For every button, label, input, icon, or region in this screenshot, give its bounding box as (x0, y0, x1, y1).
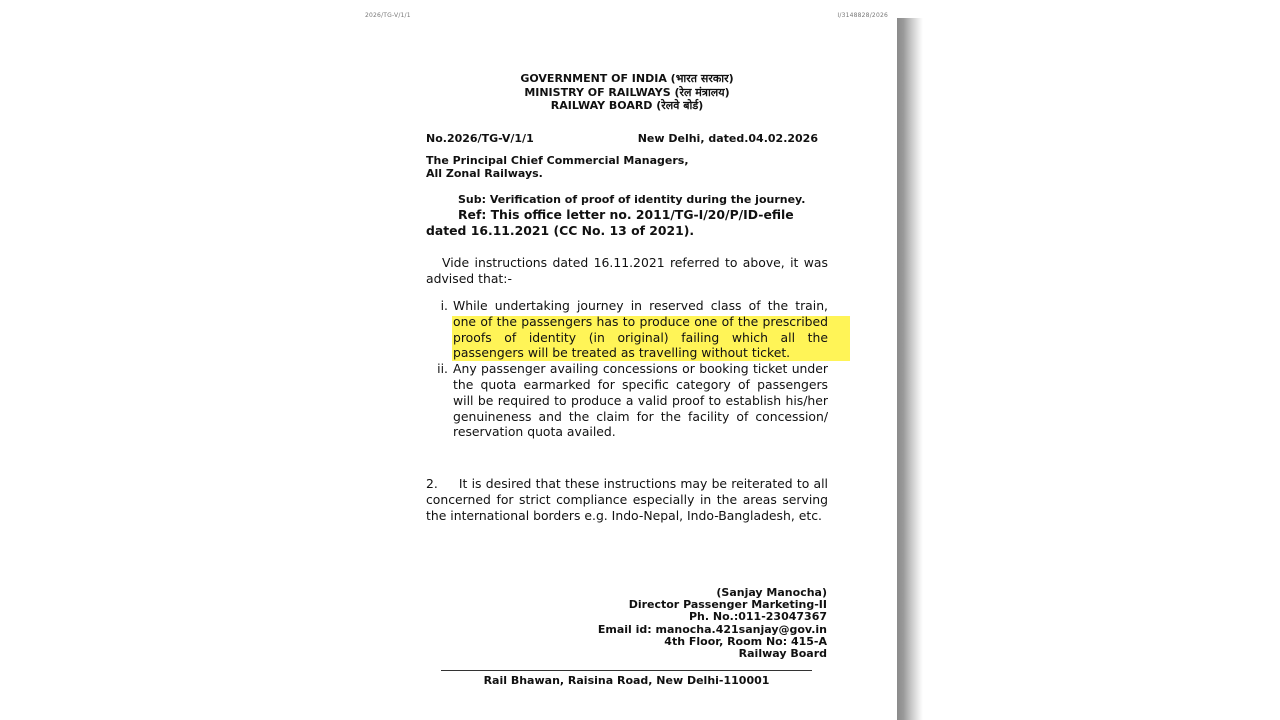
letterhead-line: GOVERNMENT OF INDIA (भारत सरकार) (426, 72, 828, 86)
signatory-phone: Ph. No.:011-23047367 (560, 611, 827, 623)
list-item-text: Any passenger availing concessions or bo… (453, 361, 828, 440)
paragraph-2-text: It is desired that these instructions ma… (426, 476, 828, 523)
paragraph-2-number: 2. (426, 476, 438, 491)
header-file-number: 2026/TG-V/1/1 (365, 12, 411, 19)
footer-address: Rail Bhawan, Raisina Road, New Delhi-110… (441, 674, 812, 687)
addressee-line: All Zonal Railways. (426, 167, 828, 180)
header-receipt-number: I/3148828/2026 (837, 12, 888, 19)
reference-line: Ref: This office letter no. 2011/TG-I/20… (426, 207, 828, 223)
place-date: New Delhi, dated.04.02.2026 (638, 132, 818, 145)
reference-line: dated 16.11.2021 (CC No. 13 of 2021). (426, 223, 828, 239)
page-shadow (897, 18, 923, 720)
signature-block: (Sanjay Manocha) Director Passenger Mark… (560, 587, 827, 660)
list-item-number: i. (426, 298, 453, 361)
addressee: The Principal Chief Commercial Managers,… (426, 154, 828, 180)
letter-reference-line: No.2026/TG-V/1/1 New Delhi, dated.04.02.… (426, 132, 828, 145)
signatory-office: Railway Board (560, 648, 827, 660)
list-item-text: While undertaking journey in reserved cl… (453, 298, 828, 361)
reference: Ref: This office letter no. 2011/TG-I/20… (426, 207, 828, 239)
signatory-email: Email id: manocha.421sanjay@gov.in (560, 624, 827, 636)
paragraph-2: 2. It is desired that these instructions… (426, 476, 828, 523)
paragraph-1-text: Vide instructions dated 16.11.2021 refer… (426, 255, 828, 286)
letterhead-line: RAILWAY BOARD (रेलवे बोर्ड) (426, 99, 828, 113)
letterhead: GOVERNMENT OF INDIA (भारत सरकार) MINISTR… (426, 72, 828, 113)
letterhead-line: MINISTRY OF RAILWAYS (रेल मंत्रालय) (426, 86, 828, 100)
list-item: i. While undertaking journey in reserved… (426, 298, 828, 361)
paragraph-1: Vide instructions dated 16.11.2021 refer… (426, 255, 828, 286)
list-item-text-plain: ticket. (752, 345, 790, 360)
list-item-number: ii. (426, 361, 453, 440)
list-item-text-plain: While undertaking journey in reserved cl… (453, 298, 828, 313)
addressee-line: The Principal Chief Commercial Managers, (426, 154, 828, 167)
footer-divider (441, 670, 812, 671)
subject: Sub: Verification of proof of identity d… (426, 193, 860, 206)
instruction-list: i. While undertaking journey in reserved… (426, 298, 828, 440)
letter-number: No.2026/TG-V/1/1 (426, 132, 534, 145)
list-item: ii. Any passenger availing concessions o… (426, 361, 828, 440)
